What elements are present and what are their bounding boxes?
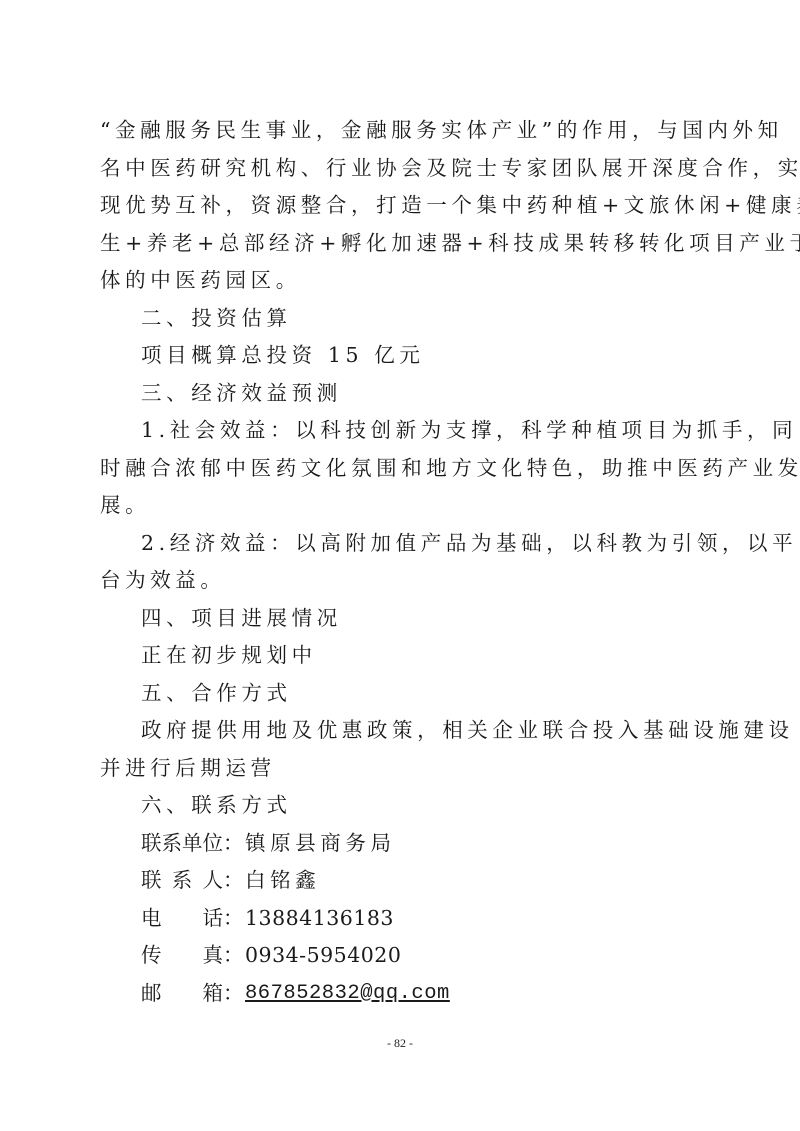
section-heading-progress: 四、项目进展情况 <box>100 600 710 638</box>
contact-email-link[interactable]: 867852832@qq.com <box>245 975 450 1013</box>
paragraph-line: 现优势互补，资源整合，打造一个集中药种植+文旅休闲+健康养 <box>100 187 710 225</box>
label-char: 联 <box>141 862 162 900</box>
contact-person-row: 联 系 人 ： 白铭鑫 <box>100 862 710 900</box>
paragraph-line: “金融服务民生事业，金融服务实体产业”的作用，与国内外知 <box>100 112 710 150</box>
social-benefit-line: 展。 <box>100 487 710 525</box>
social-benefit-line: 1.社会效益：以科技创新为支撑，科学种植项目为抓手，同 <box>100 412 710 450</box>
label-char: 系 <box>162 825 183 863</box>
contact-label: 联 系 单 位 <box>141 825 223 863</box>
economic-benefit-line: 2.经济效益：以高附加值产品为基础，以科教为引领，以平 <box>100 525 710 563</box>
label-char: 电 <box>141 900 162 938</box>
contact-label: 传 真 <box>141 937 223 975</box>
section-heading-cooperation: 五、合作方式 <box>100 675 710 713</box>
label-char: 邮 <box>141 975 162 1013</box>
page-number: - 82 - <box>0 1036 800 1051</box>
contact-person-value: 白铭鑫 <box>245 862 320 900</box>
contact-label: 联 系 人 <box>141 862 223 900</box>
label-char: 联 <box>141 825 162 863</box>
label-char: 话 <box>203 900 224 938</box>
label-char: 位 <box>203 825 224 863</box>
colon: ： <box>223 825 245 863</box>
colon: ： <box>223 975 245 1013</box>
colon: ： <box>223 900 245 938</box>
paragraph-line: 体的中医药园区。 <box>100 262 710 300</box>
section-heading-economic-benefit: 三、经济效益预测 <box>100 375 710 413</box>
contact-label: 邮 箱 <box>141 975 223 1013</box>
contact-unit-value: 镇原县商务局 <box>245 825 396 863</box>
paragraph-line: 生+养老+总部经济+孵化加速器+科技成果转移转化项目产业于一 <box>100 225 710 263</box>
contact-phone-value: 13884136183 <box>245 900 394 938</box>
contact-email-row: 邮 箱 ： 867852832@qq.com <box>100 975 710 1013</box>
contact-fax-value: 0934-5954020 <box>245 937 401 975</box>
section-heading-contact: 六、联系方式 <box>100 787 710 825</box>
contact-phone-row: 电 话 ： 13884136183 <box>100 900 710 938</box>
cooperation-text: 并进行后期运营 <box>100 750 710 788</box>
contact-label: 电 话 <box>141 900 223 938</box>
colon: ： <box>223 937 245 975</box>
cooperation-text: 政府提供用地及优惠政策，相关企业联合投入基础设施建设 <box>100 712 710 750</box>
document-page: “金融服务民生事业，金融服务实体产业”的作用，与国内外知 名中医药研究机构、行业… <box>100 112 710 1012</box>
contact-fax-row: 传 真 ： 0934-5954020 <box>100 937 710 975</box>
label-char: 单 <box>182 825 203 863</box>
label-char: 系 <box>172 862 193 900</box>
label-char: 箱 <box>203 975 224 1013</box>
investment-text: 项目概算总投资 15 亿元 <box>100 337 710 375</box>
progress-text: 正在初步规划中 <box>100 637 710 675</box>
social-benefit-line: 时融合浓郁中医药文化氛围和地方文化特色，助推中医药产业发 <box>100 450 710 488</box>
colon: ： <box>223 862 245 900</box>
contact-unit-row: 联 系 单 位 ： 镇原县商务局 <box>100 825 710 863</box>
economic-benefit-line: 台为效益。 <box>100 562 710 600</box>
label-char: 传 <box>141 937 162 975</box>
section-heading-investment: 二、投资估算 <box>100 300 710 338</box>
label-char: 人 <box>203 862 224 900</box>
paragraph-line: 名中医药研究机构、行业协会及院士专家团队展开深度合作，实 <box>100 150 710 188</box>
label-char: 真 <box>203 937 224 975</box>
